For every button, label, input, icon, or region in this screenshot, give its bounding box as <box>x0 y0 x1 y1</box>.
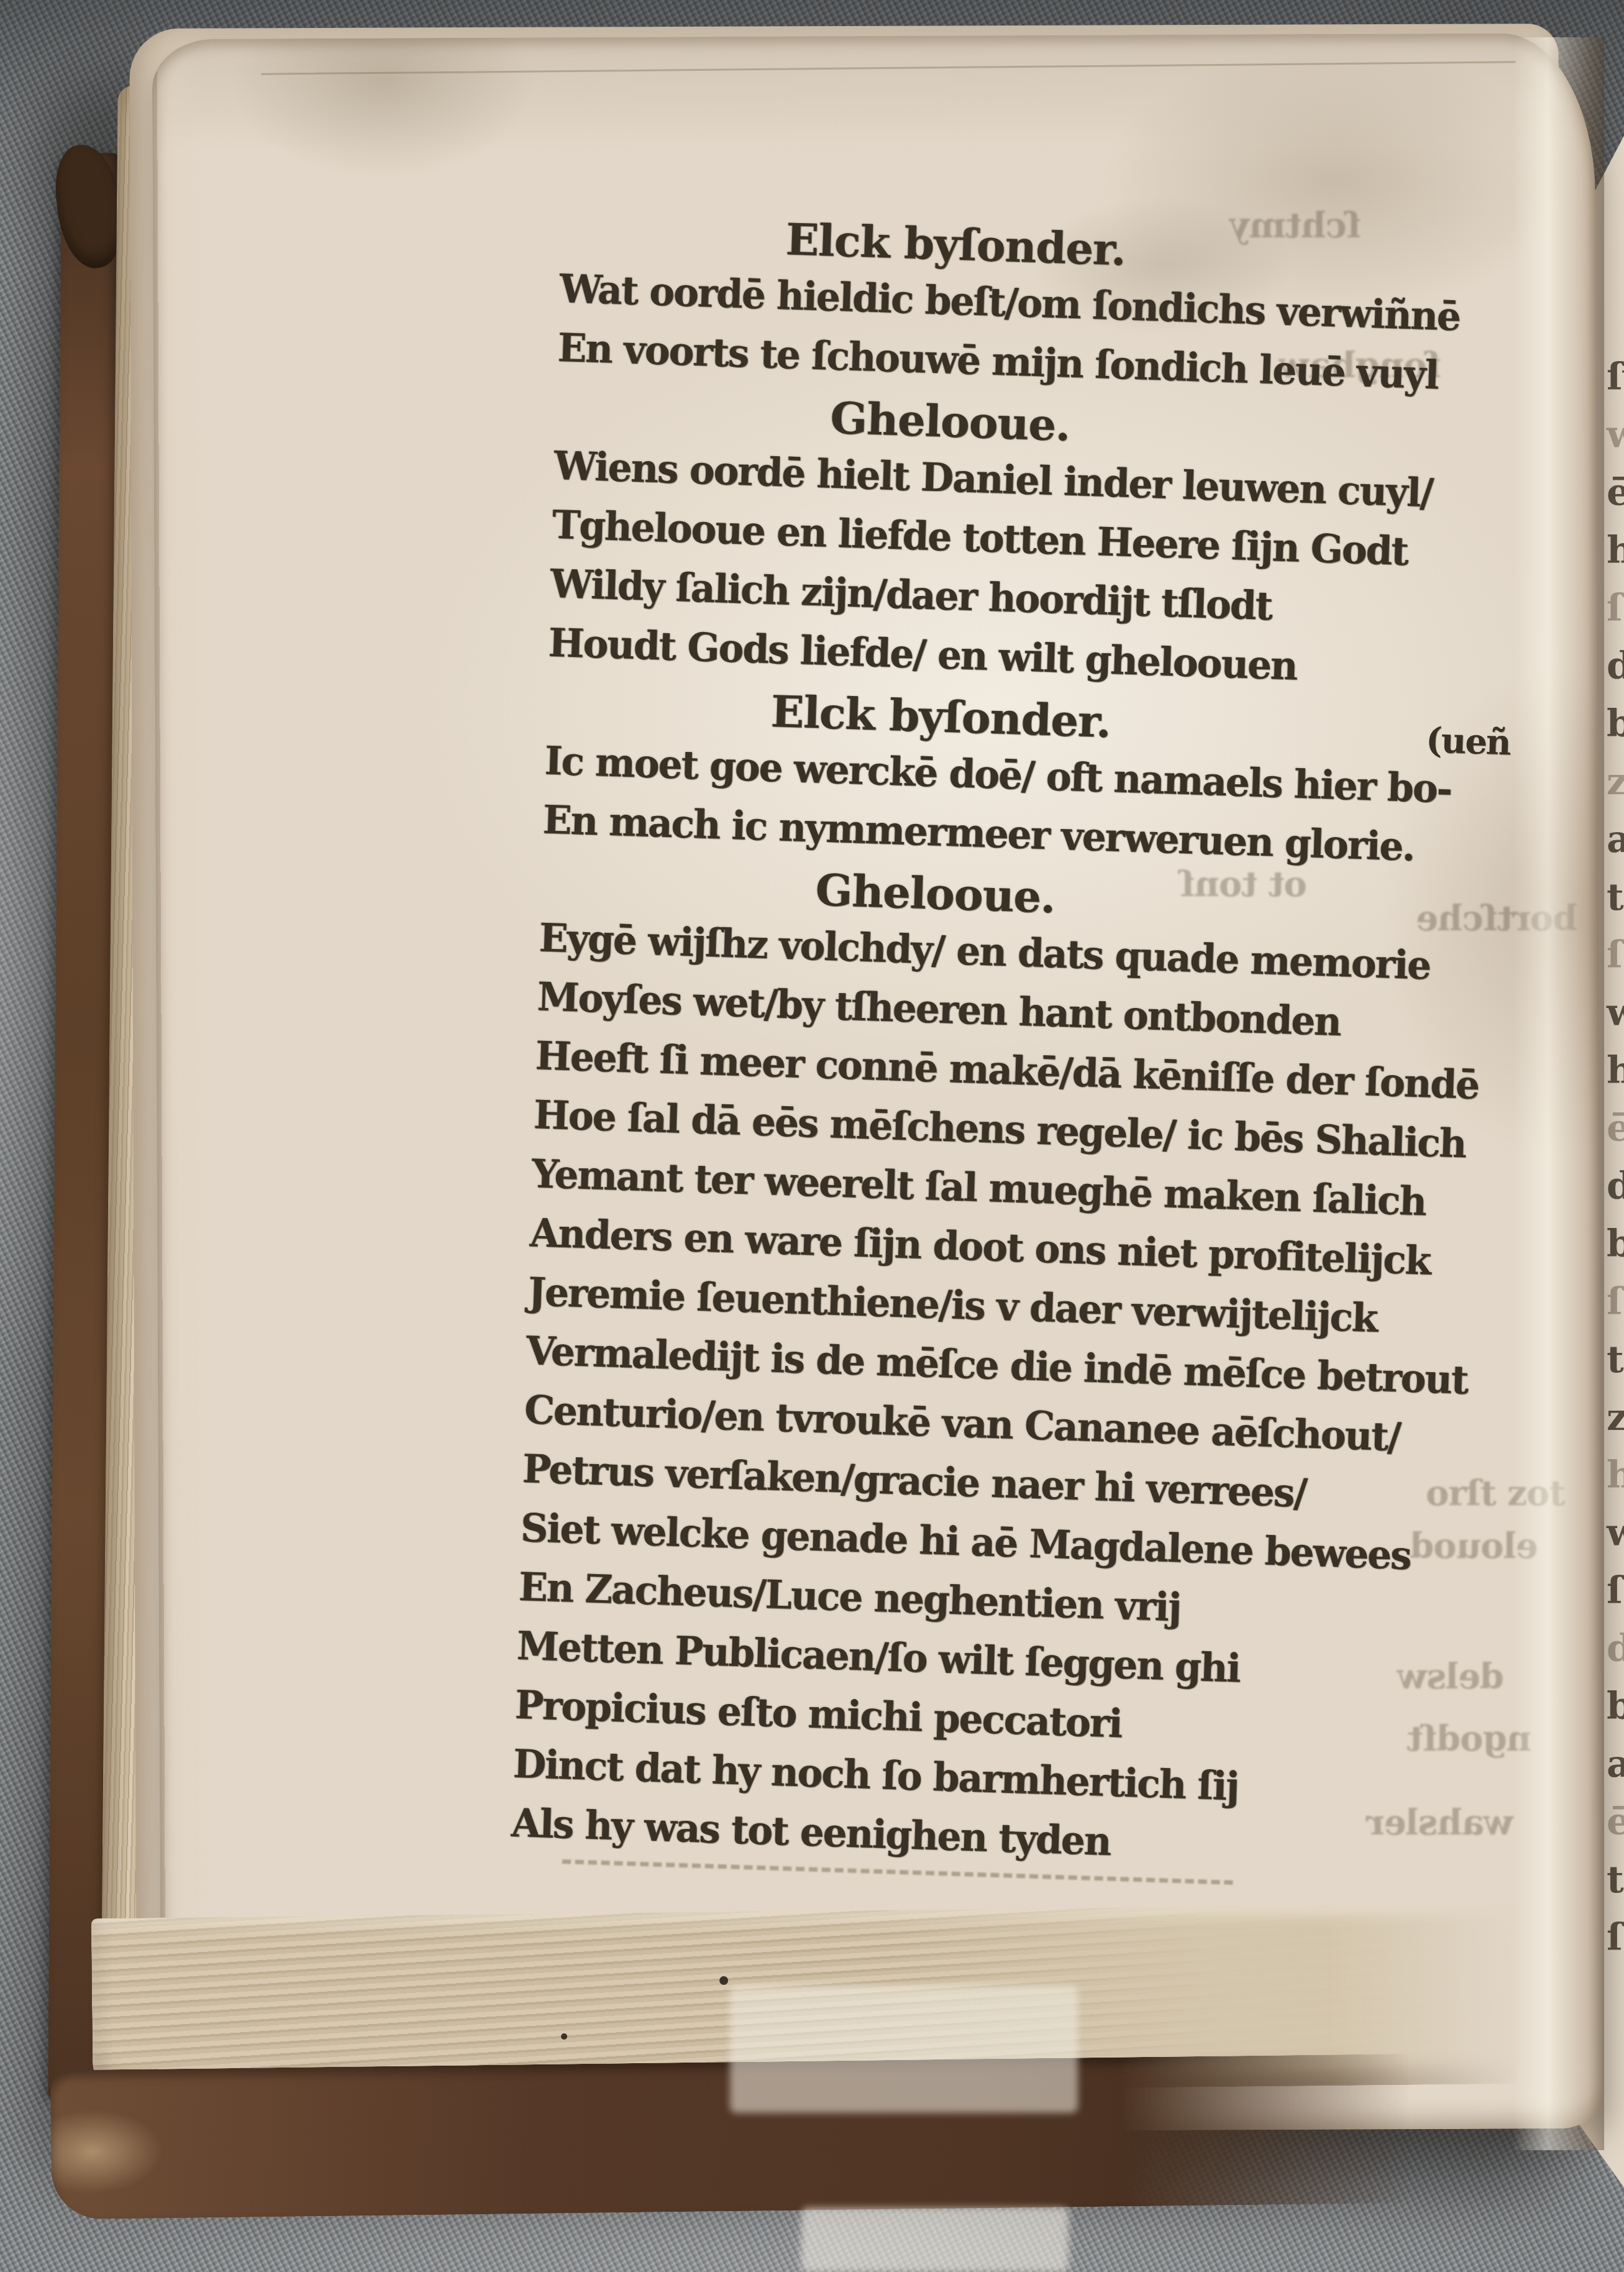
paper-repair-patch <box>730 1986 1078 2113</box>
catchword: (ueñ <box>1425 720 1511 763</box>
line-text: Elck byſonder. <box>770 685 1111 748</box>
page-text-block: Elck byſonder. Wat oordē hieldic beſt/om… <box>510 206 1523 1889</box>
text-fragment: a <box>1607 818 1624 861</box>
text-fragment: h <box>1607 1454 1624 1497</box>
ink-fleck <box>719 1976 728 1985</box>
text-fragment: t <box>1607 876 1623 919</box>
text-fragment: b <box>1607 702 1624 746</box>
text-fragment: ſ <box>1607 933 1622 977</box>
text-fragment: t <box>1607 1338 1623 1381</box>
text-fragment: ſ <box>1607 587 1622 630</box>
text-fragment: z <box>1607 1396 1624 1439</box>
text-fragment: d <box>1607 1165 1624 1208</box>
text-fragment: a <box>1607 1743 1624 1786</box>
text-fragment: w <box>1607 413 1624 457</box>
paper-repair-patch <box>801 2207 1069 2272</box>
text-fragment: ſt <box>1607 355 1624 399</box>
gutter-shadow <box>1513 37 1604 2150</box>
text-fragment: ē <box>1607 471 1624 515</box>
text-fragment: ē <box>1607 1800 1624 1844</box>
text-fragment: ē <box>1607 1107 1624 1150</box>
line-text: Elck byſonder. <box>785 213 1126 275</box>
text-fragment: w <box>1607 1511 1624 1555</box>
text-fragment: b <box>1607 1685 1624 1728</box>
text-fragment: ſ <box>1607 1916 1622 1959</box>
line-text: Ghelooue. <box>829 392 1070 451</box>
line-text: Ghelooue. <box>814 864 1056 923</box>
text-fragment: ſ <box>1607 1569 1622 1613</box>
text-fragment: b <box>1607 1222 1624 1266</box>
text-fragment: ſ <box>1607 1280 1622 1324</box>
text-fragment: w <box>1607 991 1624 1035</box>
text-fragment: t <box>1607 1858 1623 1902</box>
text-fragment: d <box>1607 644 1624 688</box>
ink-fleck <box>561 2033 567 2040</box>
text-fragment: z <box>1607 760 1624 804</box>
text-fragment: d <box>1607 1627 1624 1670</box>
text-fragment: h <box>1607 1049 1624 1092</box>
text-fragment: h <box>1607 529 1624 572</box>
photo-of-open-book: ſtwēhſdbzatſwhēdbſtzhwſdbaētſ ſchtmyſong… <box>0 0 1624 2272</box>
